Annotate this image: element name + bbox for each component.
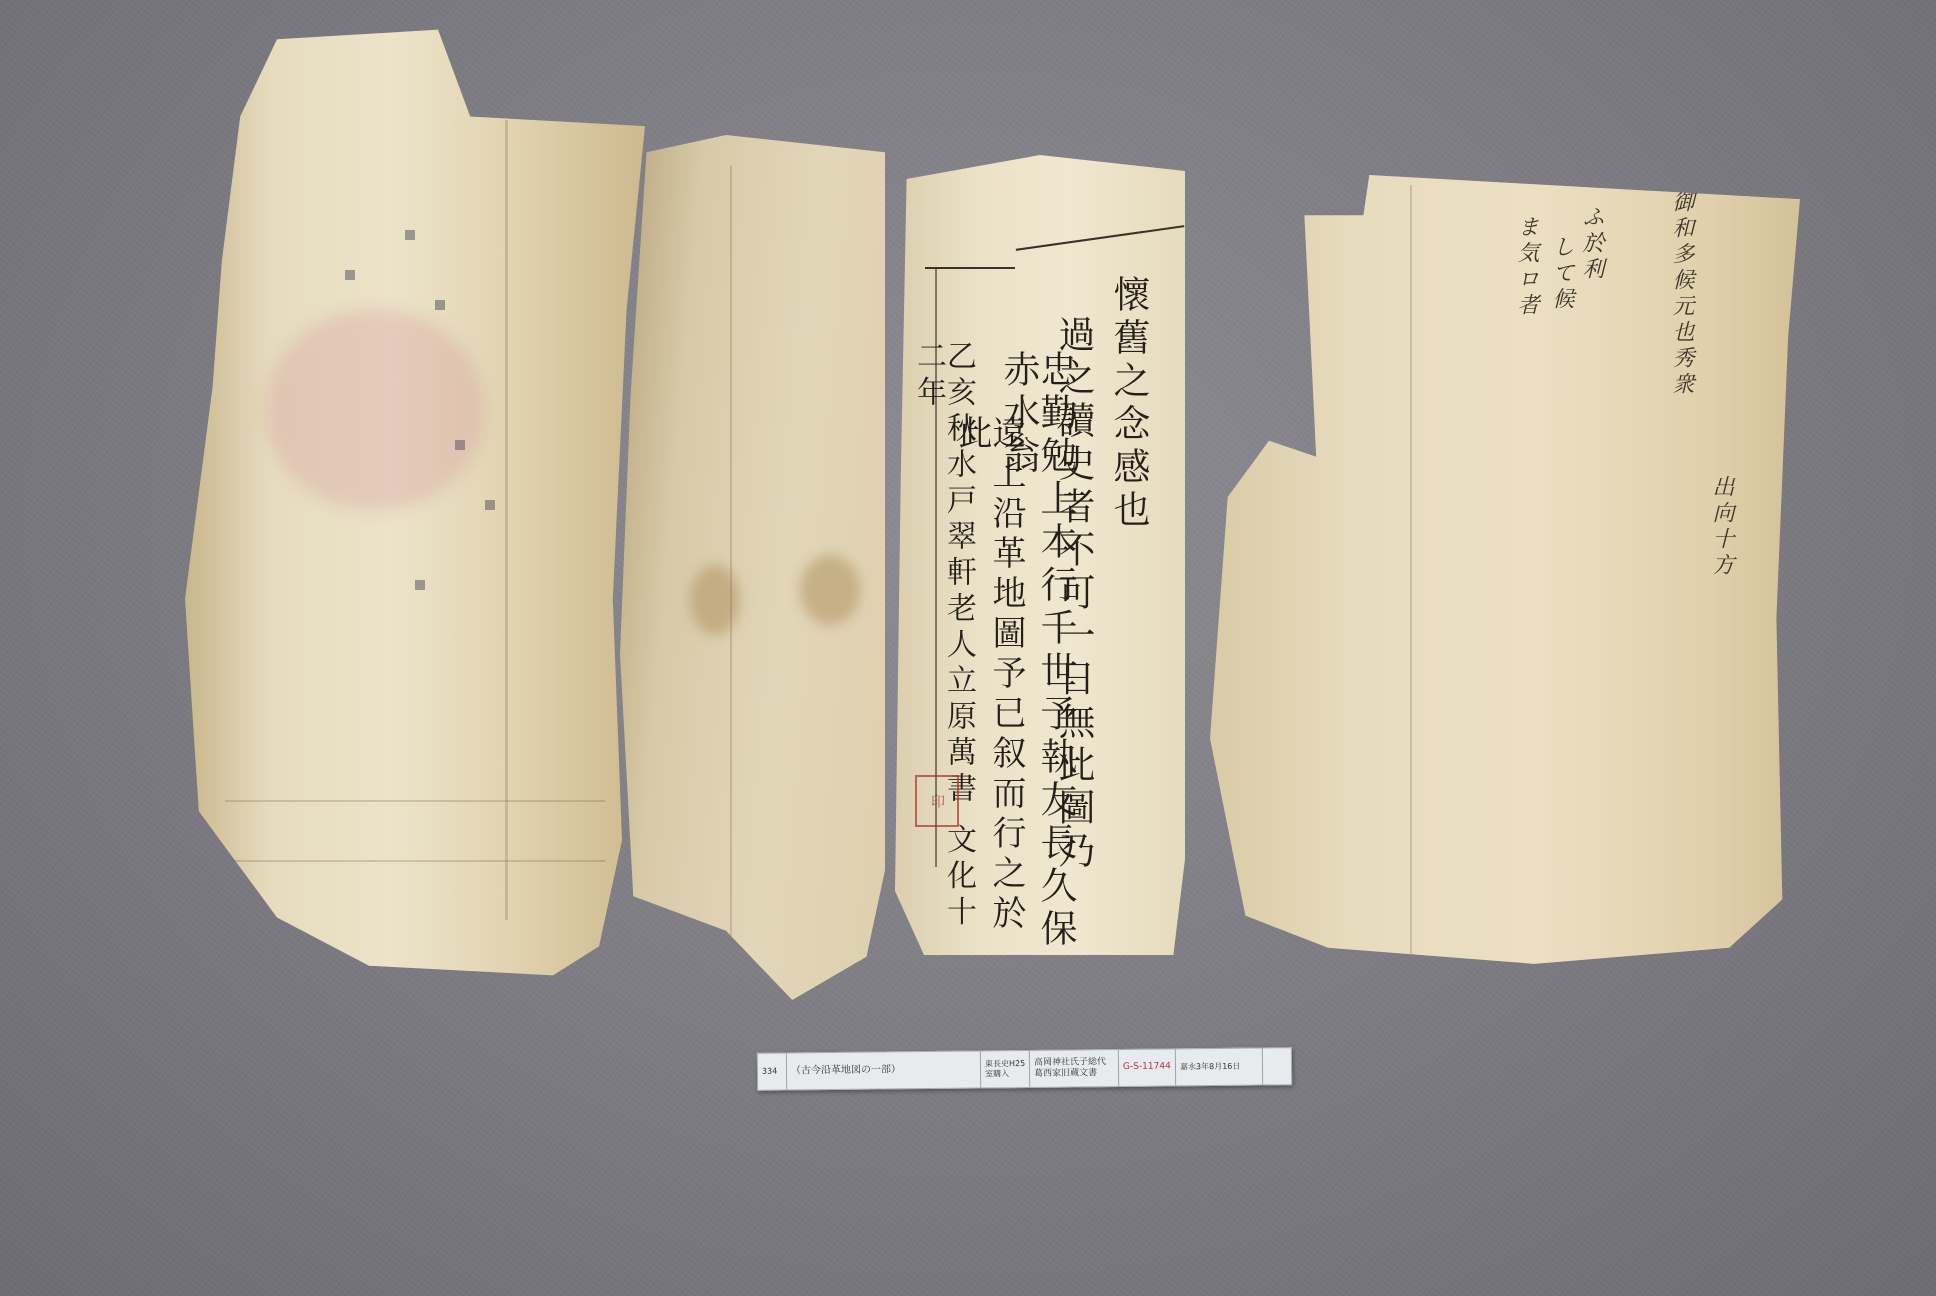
- crease-line: [225, 800, 605, 802]
- map-mark: [435, 300, 445, 310]
- crease-line: [730, 165, 732, 945]
- map-mark: [455, 440, 465, 450]
- handwriting-column: 御和多候元也秀衆: [1670, 190, 1692, 398]
- water-stain: [800, 555, 860, 625]
- ruled-line: [1016, 225, 1185, 250]
- crease-line: [505, 120, 508, 920]
- crease-line: [1410, 185, 1412, 965]
- ruled-line: [925, 267, 1015, 269]
- map-mark: [345, 270, 355, 280]
- water-stain: [690, 565, 740, 635]
- label-collection: 高岡神社氏子総代 葛西家旧蔵文書: [1030, 1050, 1119, 1087]
- label-number: 334: [758, 1053, 787, 1089]
- red-seal-stamp: 印: [915, 775, 959, 827]
- pink-map-tint: [265, 310, 485, 510]
- handwriting-column: ま気ロ者: [1515, 215, 1537, 319]
- label-collection-line1: 高岡神社氏子総代: [1034, 1057, 1106, 1069]
- rolled-map-document: [185, 20, 645, 985]
- label-catalog-id: G-S-11744: [1119, 1049, 1176, 1086]
- map-mark: [415, 580, 425, 590]
- handwriting-column: して候: [1550, 235, 1572, 313]
- catalog-label-strip: 334 （古今沿革地図の一部） 東長史H25 室購入 高岡神社氏子総代 葛西家旧…: [757, 1047, 1292, 1091]
- label-acquisition-line1: 東長史H25: [985, 1059, 1025, 1069]
- label-acquisition: 東長史H25 室購入: [981, 1051, 1030, 1088]
- text-column: 懷舊之念感也: [1110, 275, 1147, 533]
- handwriting-column: ふ於利: [1580, 205, 1602, 283]
- map-mark: [485, 500, 495, 510]
- preface-text-page: 懷舊之念感也 過之讀史者不可一日無此圖乃 忠勤勉上本行千世予執友長久保赤水翁 遠…: [895, 155, 1185, 955]
- handwriting-column: 出向十方: [1710, 475, 1732, 579]
- stained-blank-sheet: [620, 135, 885, 1000]
- label-acquisition-line2: 室購入: [985, 1069, 1009, 1079]
- label-title: （古今沿革地図の一部）: [787, 1051, 981, 1089]
- label-date: 嘉永3年8月16日: [1176, 1049, 1263, 1086]
- label-collection-line2: 葛西家旧蔵文書: [1034, 1068, 1097, 1080]
- crease-line: [225, 860, 605, 862]
- map-mark: [405, 230, 415, 240]
- text-column: 乙亥秋水戸翠軒老人立原萬書 文化十二年: [913, 340, 973, 955]
- label-blank-cell: [1263, 1048, 1291, 1084]
